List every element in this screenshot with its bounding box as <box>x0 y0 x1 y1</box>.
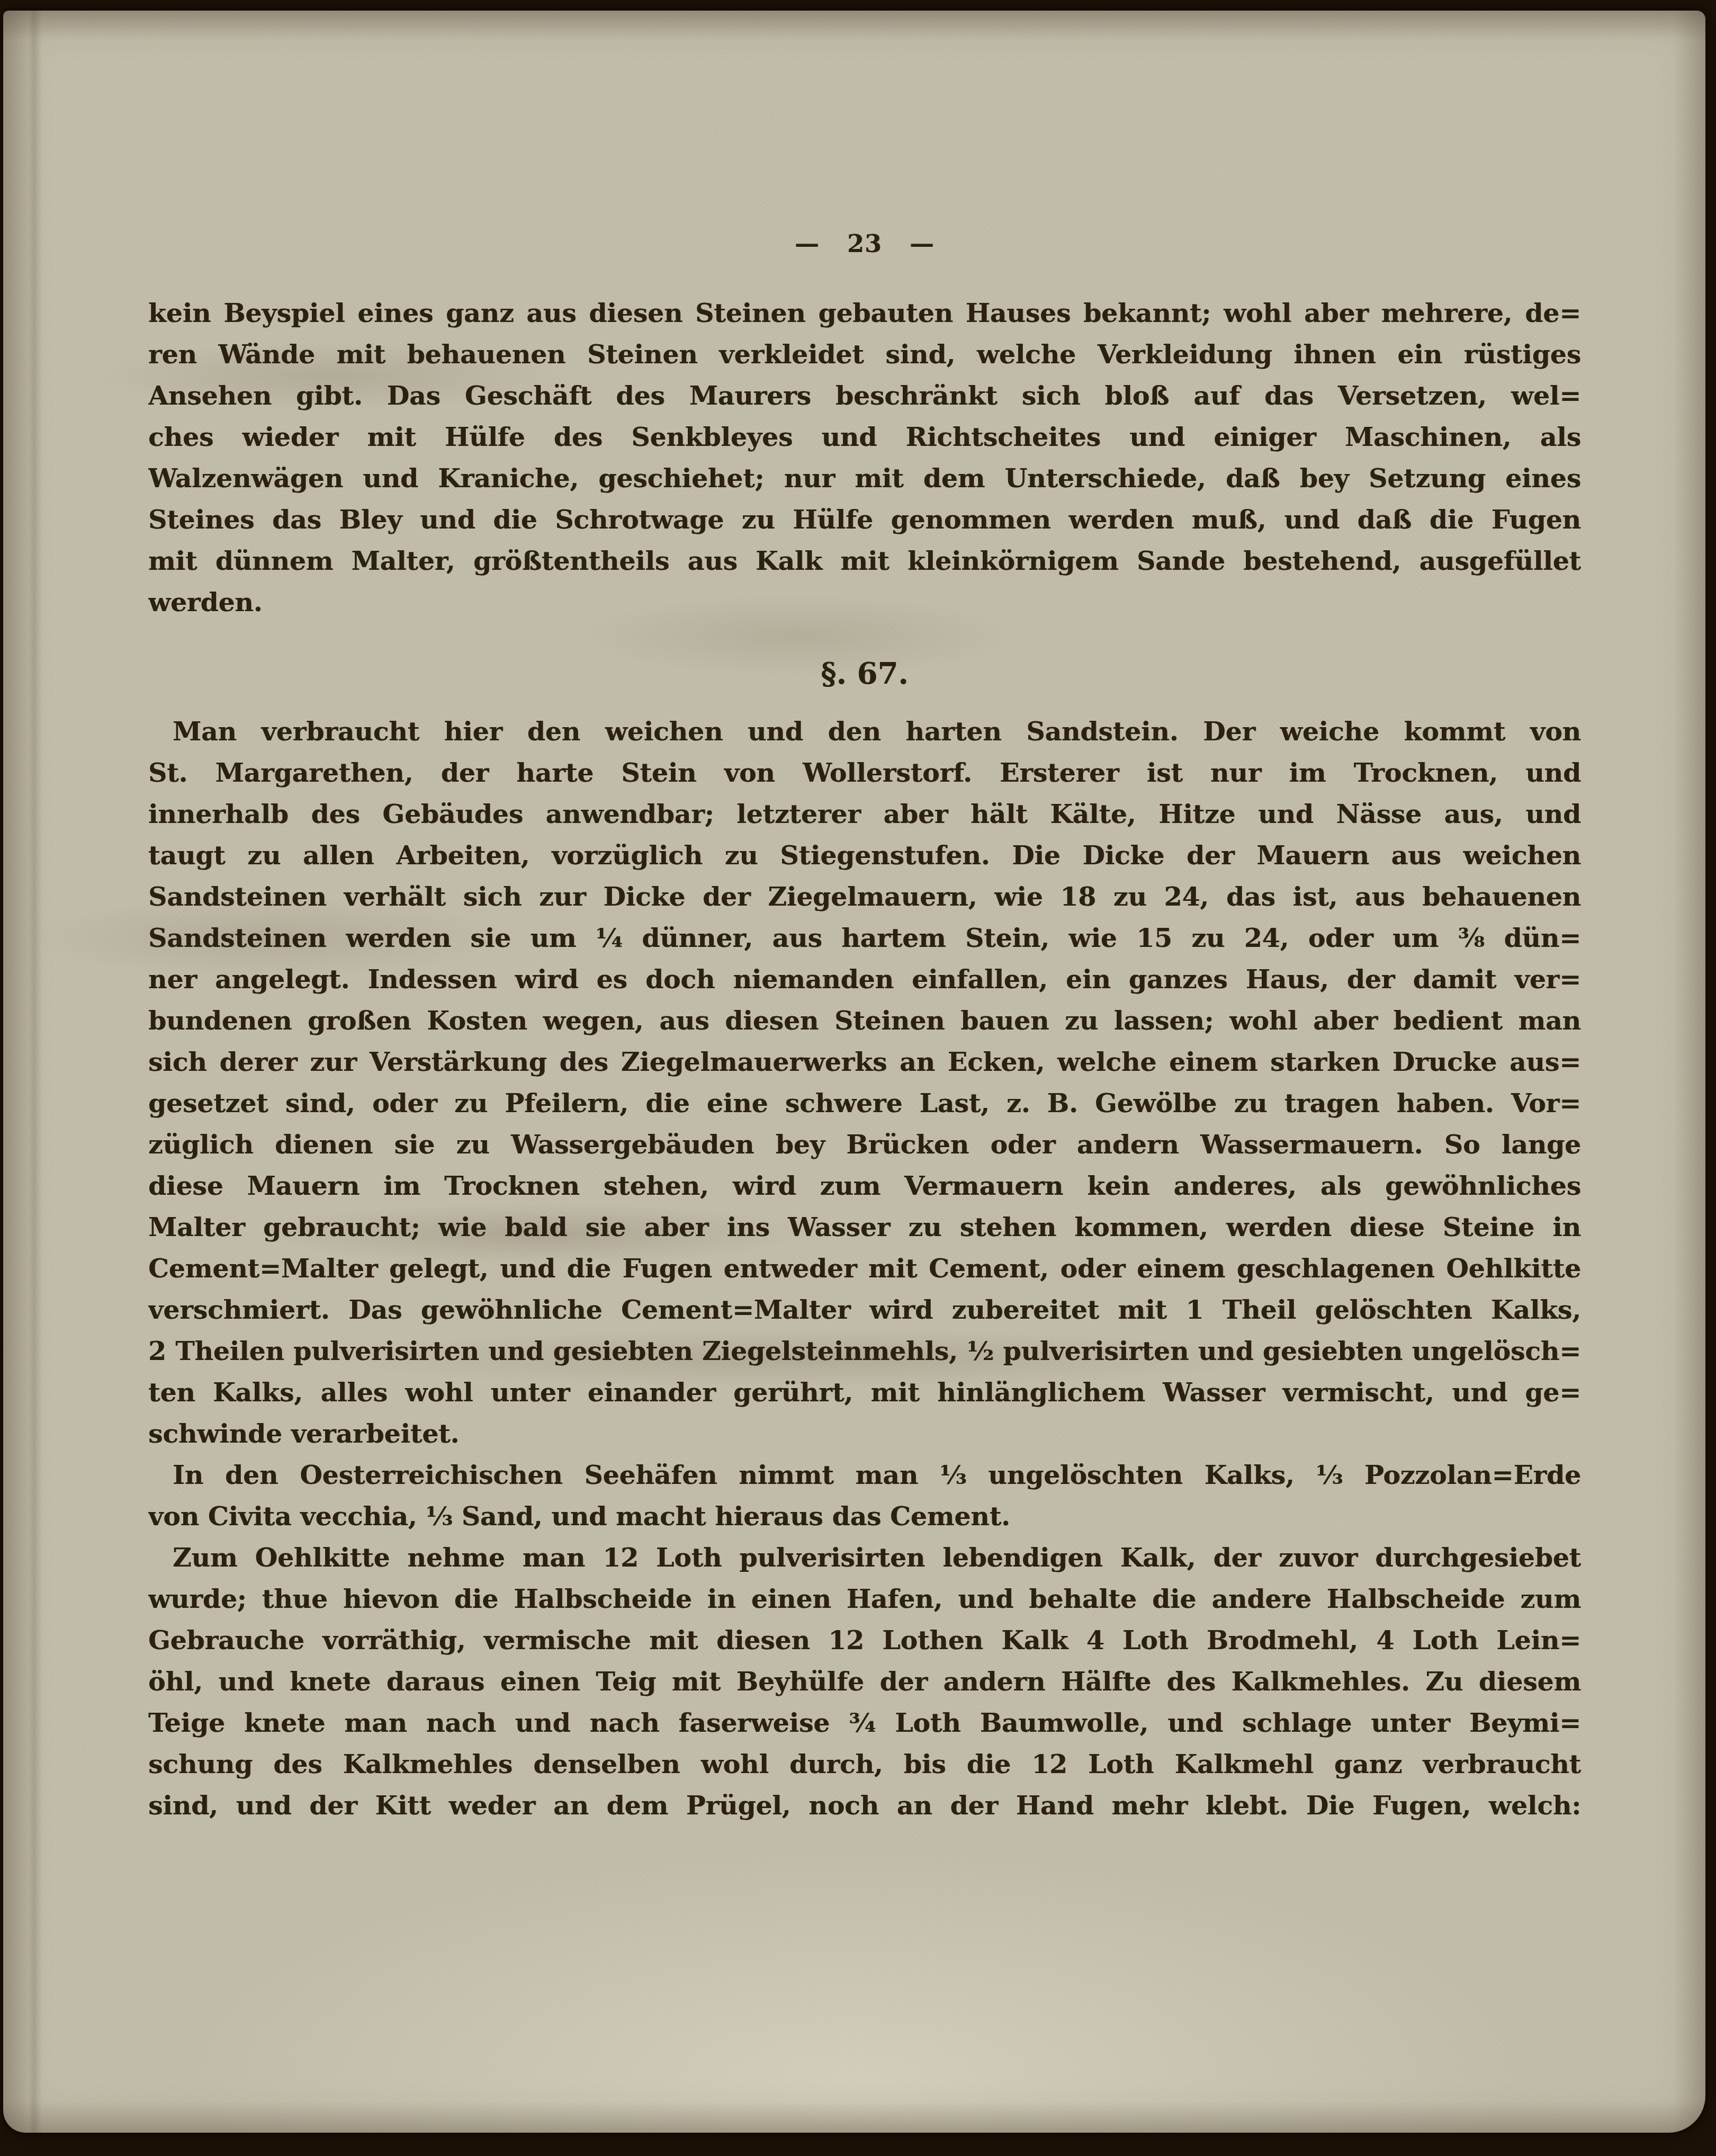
text-line: gesetzet sind, oder zu Pfeilern, die ein… <box>148 1083 1581 1124</box>
text-line: Zum Oehlkitte nehme man 12 Loth pulveris… <box>148 1537 1581 1578</box>
page-number-dash-right: — <box>910 229 935 258</box>
page-number: —23— <box>148 227 1581 261</box>
text-line: Sandsteinen verhält sich zur Dicke der Z… <box>148 876 1581 917</box>
text-line: Man verbraucht hier den weichen und den … <box>148 711 1581 752</box>
page-number-dash-left: — <box>795 229 820 258</box>
text-line: Ansehen gibt. Das Geschäft des Maurers b… <box>148 375 1581 416</box>
text-line: öhl, und knete daraus einen Teig mit Bey… <box>148 1661 1581 1702</box>
text-line: Teige knete man nach und nach faserweise… <box>148 1702 1581 1743</box>
text-line: ten Kalks, alles wohl unter einander ger… <box>148 1372 1581 1413</box>
text-line: 2 Theilen pulverisirten und gesiebten Zi… <box>148 1330 1581 1372</box>
paragraph: Man verbraucht hier den weichen und den … <box>148 711 1581 1454</box>
book-photo: —23— kein Beyspiel eines ganz aus diesen… <box>0 0 1716 2156</box>
section-heading: §. 67. <box>148 652 1581 695</box>
text-line: Cement=Malter gelegt, und die Fugen entw… <box>148 1248 1581 1289</box>
text-line: werden. <box>148 582 1581 623</box>
text-line: ner angelegt. Indessen wird es doch niem… <box>148 959 1581 1000</box>
paragraph: Zum Oehlkitte nehme man 12 Loth pulveris… <box>148 1537 1581 1826</box>
page-number-value: 23 <box>847 229 882 258</box>
text-line: Sandsteinen werden sie um ¼ dünner, aus … <box>148 917 1581 959</box>
text-line: In den Oesterreichischen Seehäfen nimmt … <box>148 1454 1581 1496</box>
text-line: ren Wände mit behauenen Steinen verkleid… <box>148 334 1581 375</box>
text-line: züglich dienen sie zu Wassergebäuden bey… <box>148 1124 1581 1165</box>
paragraph: In den Oesterreichischen Seehäfen nimmt … <box>148 1454 1581 1537</box>
text-line: Malter gebraucht; wie bald sie aber ins … <box>148 1206 1581 1248</box>
text-line: Steines das Bley und die Schrotwage zu H… <box>148 499 1581 540</box>
text-line: verschmiert. Das gewöhnliche Cement=Malt… <box>148 1289 1581 1330</box>
text-line: wurde; thue hievon die Halbscheide in ei… <box>148 1578 1581 1620</box>
text-line: diese Mauern im Trocknen stehen, wird zu… <box>148 1165 1581 1206</box>
text-line: taugt zu allen Arbeiten, vorzüglich zu S… <box>148 835 1581 876</box>
text-line: Gebrauche vorräthig, vermische mit diese… <box>148 1620 1581 1661</box>
page-content: —23— kein Beyspiel eines ganz aus diesen… <box>148 11 1581 1826</box>
text-line: Walzenwägen und Kraniche, geschiehet; nu… <box>148 458 1581 499</box>
text-line: sich derer zur Verstärkung des Ziegelmau… <box>148 1041 1581 1083</box>
paragraph: kein Beyspiel eines ganz aus diesen Stei… <box>148 292 1581 623</box>
text-line: mit dünnem Malter, größtentheils aus Kal… <box>148 540 1581 582</box>
text-line: schwinde verarbeitet. <box>148 1413 1581 1454</box>
text-line: innerhalb des Gebäudes anwendbar; letzte… <box>148 793 1581 835</box>
text-line: schung des Kalkmehles denselben wohl dur… <box>148 1743 1581 1785</box>
text-line: ches wieder mit Hülfe des Senkbleyes und… <box>148 416 1581 458</box>
book-page: —23— kein Beyspiel eines ganz aus diesen… <box>3 11 1705 2133</box>
text-line: bundenen großen Kosten wegen, aus diesen… <box>148 1000 1581 1041</box>
page-text: kein Beyspiel eines ganz aus diesen Stei… <box>148 292 1581 1826</box>
text-line: kein Beyspiel eines ganz aus diesen Stei… <box>148 292 1581 334</box>
text-line: sind, und der Kitt weder an dem Prügel, … <box>148 1785 1581 1826</box>
text-line: von Civita vecchia, ⅓ Sand, und macht hi… <box>148 1496 1581 1537</box>
text-line: St. Margarethen, der harte Stein von Wol… <box>148 752 1581 793</box>
